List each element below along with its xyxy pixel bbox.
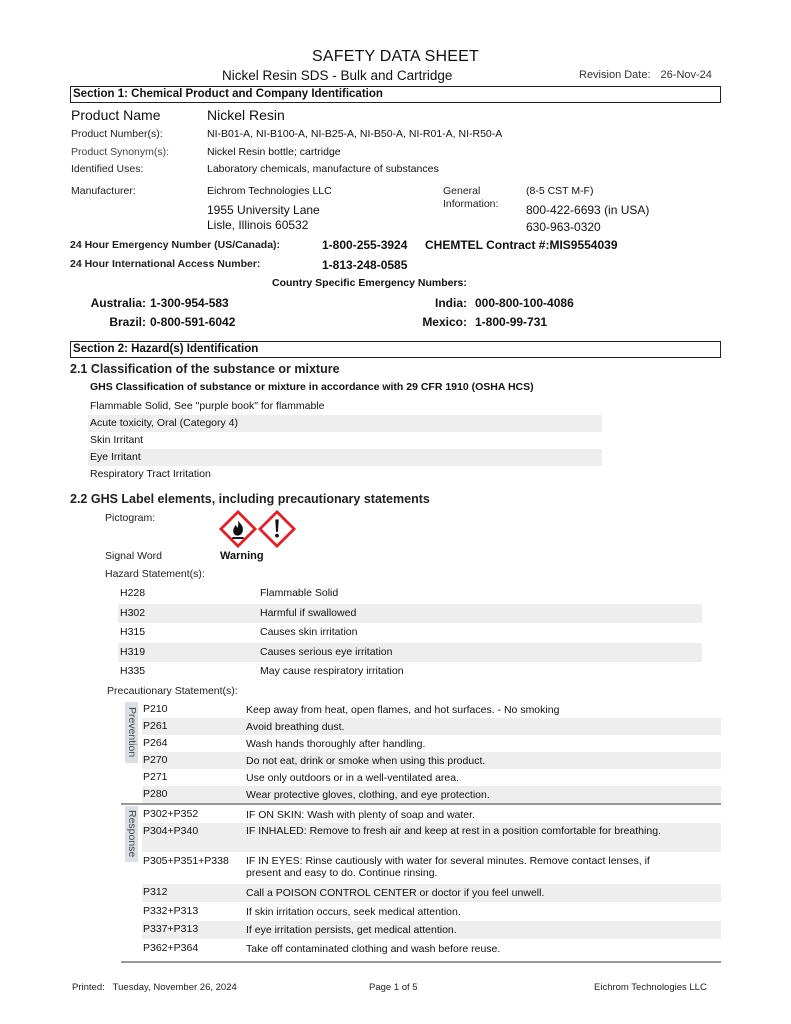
precaution-code: P261 [143, 718, 168, 735]
hazard-code: H315 [120, 623, 145, 642]
precaution-row: P280Wear protective gloves, clothing, an… [142, 786, 721, 803]
hazard-row: H315Causes skin irritation [118, 623, 702, 642]
hazard-text: Harmful if swallowed [260, 604, 356, 623]
country-brazil: Brazil: [82, 315, 146, 329]
product-numbers-label: Product Number(s): [71, 128, 163, 140]
revision-date: Revision Date:26-Nov-24 [579, 69, 712, 81]
response-tab: Response [125, 806, 138, 862]
precaution-code: P304+P340 [143, 823, 198, 840]
hazard-text: Flammable Solid [260, 584, 338, 603]
number-mexico: 1-800-99-731 [475, 315, 547, 329]
precaution-code: P337+P313 [143, 921, 198, 938]
precaution-text: Take off contaminated clothing and wash … [246, 943, 681, 955]
precaution-code: P305+P351+P338 [143, 853, 229, 870]
manufacturer-address-1: 1955 University Lane [207, 203, 320, 217]
hazard-code: H319 [120, 643, 145, 662]
precaution-row: P210Keep away from heat, open flames, an… [142, 701, 721, 718]
country-australia: Australia: [82, 296, 146, 310]
precaution-row: P271Use only outdoors or in a well-venti… [142, 769, 721, 786]
number-brazil: 0-800-591-6042 [150, 315, 235, 329]
precaution-row: P270Do not eat, drink or smoke when usin… [142, 752, 721, 769]
printed-date: Printed: Tuesday, November 26, 2024 [72, 982, 237, 993]
signal-word-label: Signal Word [105, 550, 162, 562]
precaution-text: Do not eat, drink or smoke when using th… [246, 755, 681, 767]
precaution-text: Wear protective gloves, clothing, and ey… [246, 789, 681, 801]
hazard-text: May cause respiratory irritation [260, 662, 404, 681]
precaution-code: P302+P352 [143, 806, 198, 823]
synonyms: Nickel Resin bottle; cartridge [207, 146, 341, 158]
general-info-label-1: General [443, 185, 480, 197]
precaution-row: P337+P313If eye irritation persists, get… [142, 921, 721, 939]
uses: Laboratory chemicals, manufacture of sub… [207, 163, 439, 175]
hazard-row: H335May cause respiratory irritation [118, 662, 702, 681]
precaution-text: If skin irritation occurs, seek medical … [246, 906, 681, 918]
intl-label: 24 Hour International Access Number: [70, 258, 260, 270]
emergency-number: 1-800-255-3924 [322, 238, 407, 252]
hazard-row: H228Flammable Solid [118, 584, 702, 603]
revision-date-value: 26-Nov-24 [661, 69, 712, 81]
precautionary-statements-label: Precautionary Statement(s): [107, 685, 238, 697]
precaution-text: IF ON SKIN: Wash with plenty of soap and… [246, 809, 681, 821]
precaution-text: Call a POISON CONTROL CENTER or doctor i… [246, 887, 681, 899]
intl-number: 1-813-248-0585 [322, 258, 407, 272]
precaution-text: Keep away from heat, open flames, and ho… [246, 704, 681, 716]
precaution-row: P264Wash hands thoroughly after handling… [142, 735, 721, 752]
precaution-code: P362+P364 [143, 940, 198, 957]
precaution-text: IF IN EYES: Rinse cautiously with water … [246, 855, 681, 879]
hazard-code: H335 [120, 662, 145, 681]
precaution-code: P270 [143, 752, 168, 769]
general-phone-2: 630-963-0320 [526, 220, 601, 234]
document-subtitle: Nickel Resin SDS - Bulk and Cartridge [222, 68, 452, 83]
hazard-text: Causes serious eye irritation [260, 643, 392, 662]
response-divider [121, 961, 721, 963]
precaution-row: P305+P351+P338IF IN EYES: Rinse cautious… [142, 853, 721, 882]
precaution-row: P312Call a POISON CONTROL CENTER or doct… [142, 884, 721, 902]
precaution-code: P312 [143, 884, 168, 901]
page-number: Page 1 of 5 [369, 982, 418, 993]
precaution-text: IF INHALED: Remove to fresh air and keep… [246, 825, 681, 837]
prevention-divider [121, 803, 721, 805]
classification-item: Respiratory Tract Irritation [88, 466, 602, 483]
hazard-text: Causes skin irritation [260, 623, 357, 642]
exclamation-pictogram-icon [258, 510, 296, 548]
precaution-row: P261Avoid breathing dust. [142, 718, 721, 735]
hazard-code: H302 [120, 604, 145, 623]
synonyms-label: Product Synonym(s): [71, 146, 169, 158]
general-hours: (8-5 CST M-F) [526, 185, 593, 197]
uses-label: Identified Uses: [71, 163, 143, 175]
precaution-code: P280 [143, 786, 168, 803]
manufacturer-address-2: Lisle, Illinois 60532 [207, 218, 308, 232]
hazard-row: H302Harmful if swallowed [118, 604, 702, 623]
precaution-text: Wash hands thoroughly after handling. [246, 738, 681, 750]
printed-date-value: Tuesday, November 26, 2024 [113, 982, 237, 993]
footer-company: Eichrom Technologies LLC [594, 982, 707, 993]
prevention-tab: Prevention [125, 702, 138, 763]
section-2-heading: Section 2: Hazard(s) Identification [70, 341, 721, 358]
precaution-code: P264 [143, 735, 168, 752]
document-title: SAFETY DATA SHEET [0, 48, 791, 66]
emergency-label: 24 Hour Emergency Number (US/Canada): [70, 239, 280, 251]
precaution-row: P304+P340IF INHALED: Remove to fresh air… [142, 823, 721, 852]
signal-word: Warning [220, 550, 264, 562]
pictogram-label: Pictogram: [105, 512, 155, 524]
subsection-2-1-heading: 2.1 Classification of the substance or m… [70, 362, 340, 376]
precaution-code: P332+P313 [143, 903, 198, 920]
classification-item: Acute toxicity, Oral (Category 4) [88, 415, 602, 432]
general-phone-1: 800-422-6693 (in USA) [526, 203, 649, 217]
product-name: Nickel Resin [207, 107, 285, 123]
precaution-text: If eye irritation persists, get medical … [246, 924, 681, 936]
classification-item: Skin Irritant [88, 432, 602, 449]
ghs-classification-heading: GHS Classification of substance or mixtu… [90, 381, 534, 393]
section-1-heading: Section 1: Chemical Product and Company … [70, 86, 721, 103]
product-numbers: NI-B01-A, NI-B100-A, NI-B25-A, NI-B50-A,… [207, 128, 502, 140]
precaution-row: P362+P364Take off contaminated clothing … [142, 940, 721, 958]
precaution-text: Use only outdoors or in a well-ventilate… [246, 772, 681, 784]
printed-label: Printed: [72, 982, 105, 993]
hazard-statements-label: Hazard Statement(s): [105, 568, 205, 580]
general-info-label-2: Information: [443, 198, 498, 210]
classification-item: Eye Irritant [88, 449, 602, 466]
precaution-row: P332+P313If skin irritation occurs, seek… [142, 903, 721, 921]
revision-label: Revision Date: [579, 69, 651, 81]
classification-item: Flammable Solid, See "purple book" for f… [88, 398, 602, 415]
country-india: India: [400, 296, 467, 310]
manufacturer-label: Manufacturer: [71, 185, 136, 197]
country-mexico: Mexico: [400, 315, 467, 329]
subsection-2-2-heading: 2.2 GHS Label elements, including precau… [70, 492, 430, 506]
number-australia: 1-300-954-583 [150, 296, 229, 310]
precaution-code: P210 [143, 701, 168, 718]
flame-pictogram-icon [219, 510, 257, 548]
country-emergency-heading: Country Specific Emergency Numbers: [272, 277, 467, 289]
product-name-label: Product Name [71, 107, 160, 123]
chemtel-contract: CHEMTEL Contract #:MIS9554039 [425, 238, 618, 252]
manufacturer-name: Eichrom Technologies LLC [207, 185, 332, 197]
hazard-row: H319Causes serious eye irritation [118, 643, 702, 662]
hazard-code: H228 [120, 584, 145, 603]
precaution-text: Avoid breathing dust. [246, 721, 681, 733]
precaution-code: P271 [143, 769, 168, 786]
precaution-row: P302+P352IF ON SKIN: Wash with plenty of… [142, 806, 721, 824]
number-india: 000-800-100-4086 [475, 296, 574, 310]
